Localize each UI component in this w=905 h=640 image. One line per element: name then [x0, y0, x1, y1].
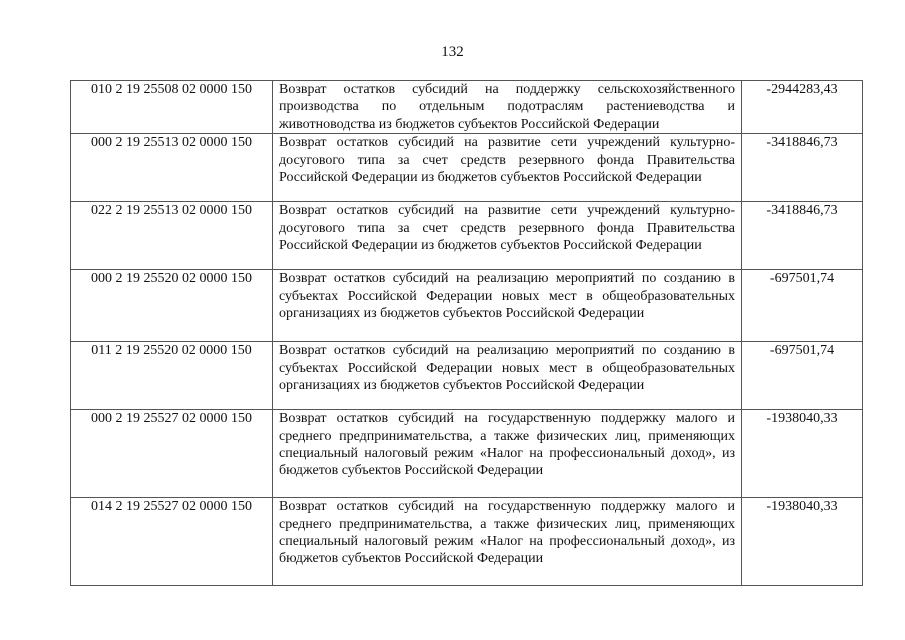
table-row: 000 2 19 25520 02 0000 150 Возврат остат… — [71, 270, 863, 342]
budget-code: 000 2 19 25527 02 0000 150 — [71, 410, 273, 498]
revenue-description: Возврат остатков субсидий на государстве… — [273, 498, 742, 586]
budget-code: 011 2 19 25520 02 0000 150 — [71, 342, 273, 410]
amount: -2944283,43 — [742, 81, 863, 134]
amount: -697501,74 — [742, 342, 863, 410]
budget-code: 000 2 19 25513 02 0000 150 — [71, 134, 273, 202]
amount: -697501,74 — [742, 270, 863, 342]
amount: -3418846,73 — [742, 134, 863, 202]
amount: -3418846,73 — [742, 202, 863, 270]
table-row: 000 2 19 25527 02 0000 150 Возврат остат… — [71, 410, 863, 498]
revenue-description: Возврат остатков субсидий на развитие се… — [273, 202, 742, 270]
amount: -1938040,33 — [742, 410, 863, 498]
revenue-description: Возврат остатков субсидий на реализацию … — [273, 270, 742, 342]
revenue-description: Возврат остатков субсидий на развитие се… — [273, 134, 742, 202]
budget-code: 010 2 19 25508 02 0000 150 — [71, 81, 273, 134]
budget-code: 022 2 19 25513 02 0000 150 — [71, 202, 273, 270]
revenue-description: Возврат остатков субсидий на поддержку с… — [273, 81, 742, 134]
page-number: 132 — [0, 44, 905, 61]
budget-code: 014 2 19 25527 02 0000 150 — [71, 498, 273, 586]
amount: -1938040,33 — [742, 498, 863, 586]
table-row: 022 2 19 25513 02 0000 150 Возврат остат… — [71, 202, 863, 270]
budget-code: 000 2 19 25520 02 0000 150 — [71, 270, 273, 342]
table-row: 010 2 19 25508 02 0000 150 Возврат остат… — [71, 81, 863, 134]
table-row: 000 2 19 25513 02 0000 150 Возврат остат… — [71, 134, 863, 202]
budget-table: 010 2 19 25508 02 0000 150 Возврат остат… — [70, 80, 863, 586]
budget-table-body: 010 2 19 25508 02 0000 150 Возврат остат… — [71, 81, 863, 586]
table-row: 014 2 19 25527 02 0000 150 Возврат остат… — [71, 498, 863, 586]
revenue-description: Возврат остатков субсидий на реализацию … — [273, 342, 742, 410]
table-row: 011 2 19 25520 02 0000 150 Возврат остат… — [71, 342, 863, 410]
revenue-description: Возврат остатков субсидий на государстве… — [273, 410, 742, 498]
